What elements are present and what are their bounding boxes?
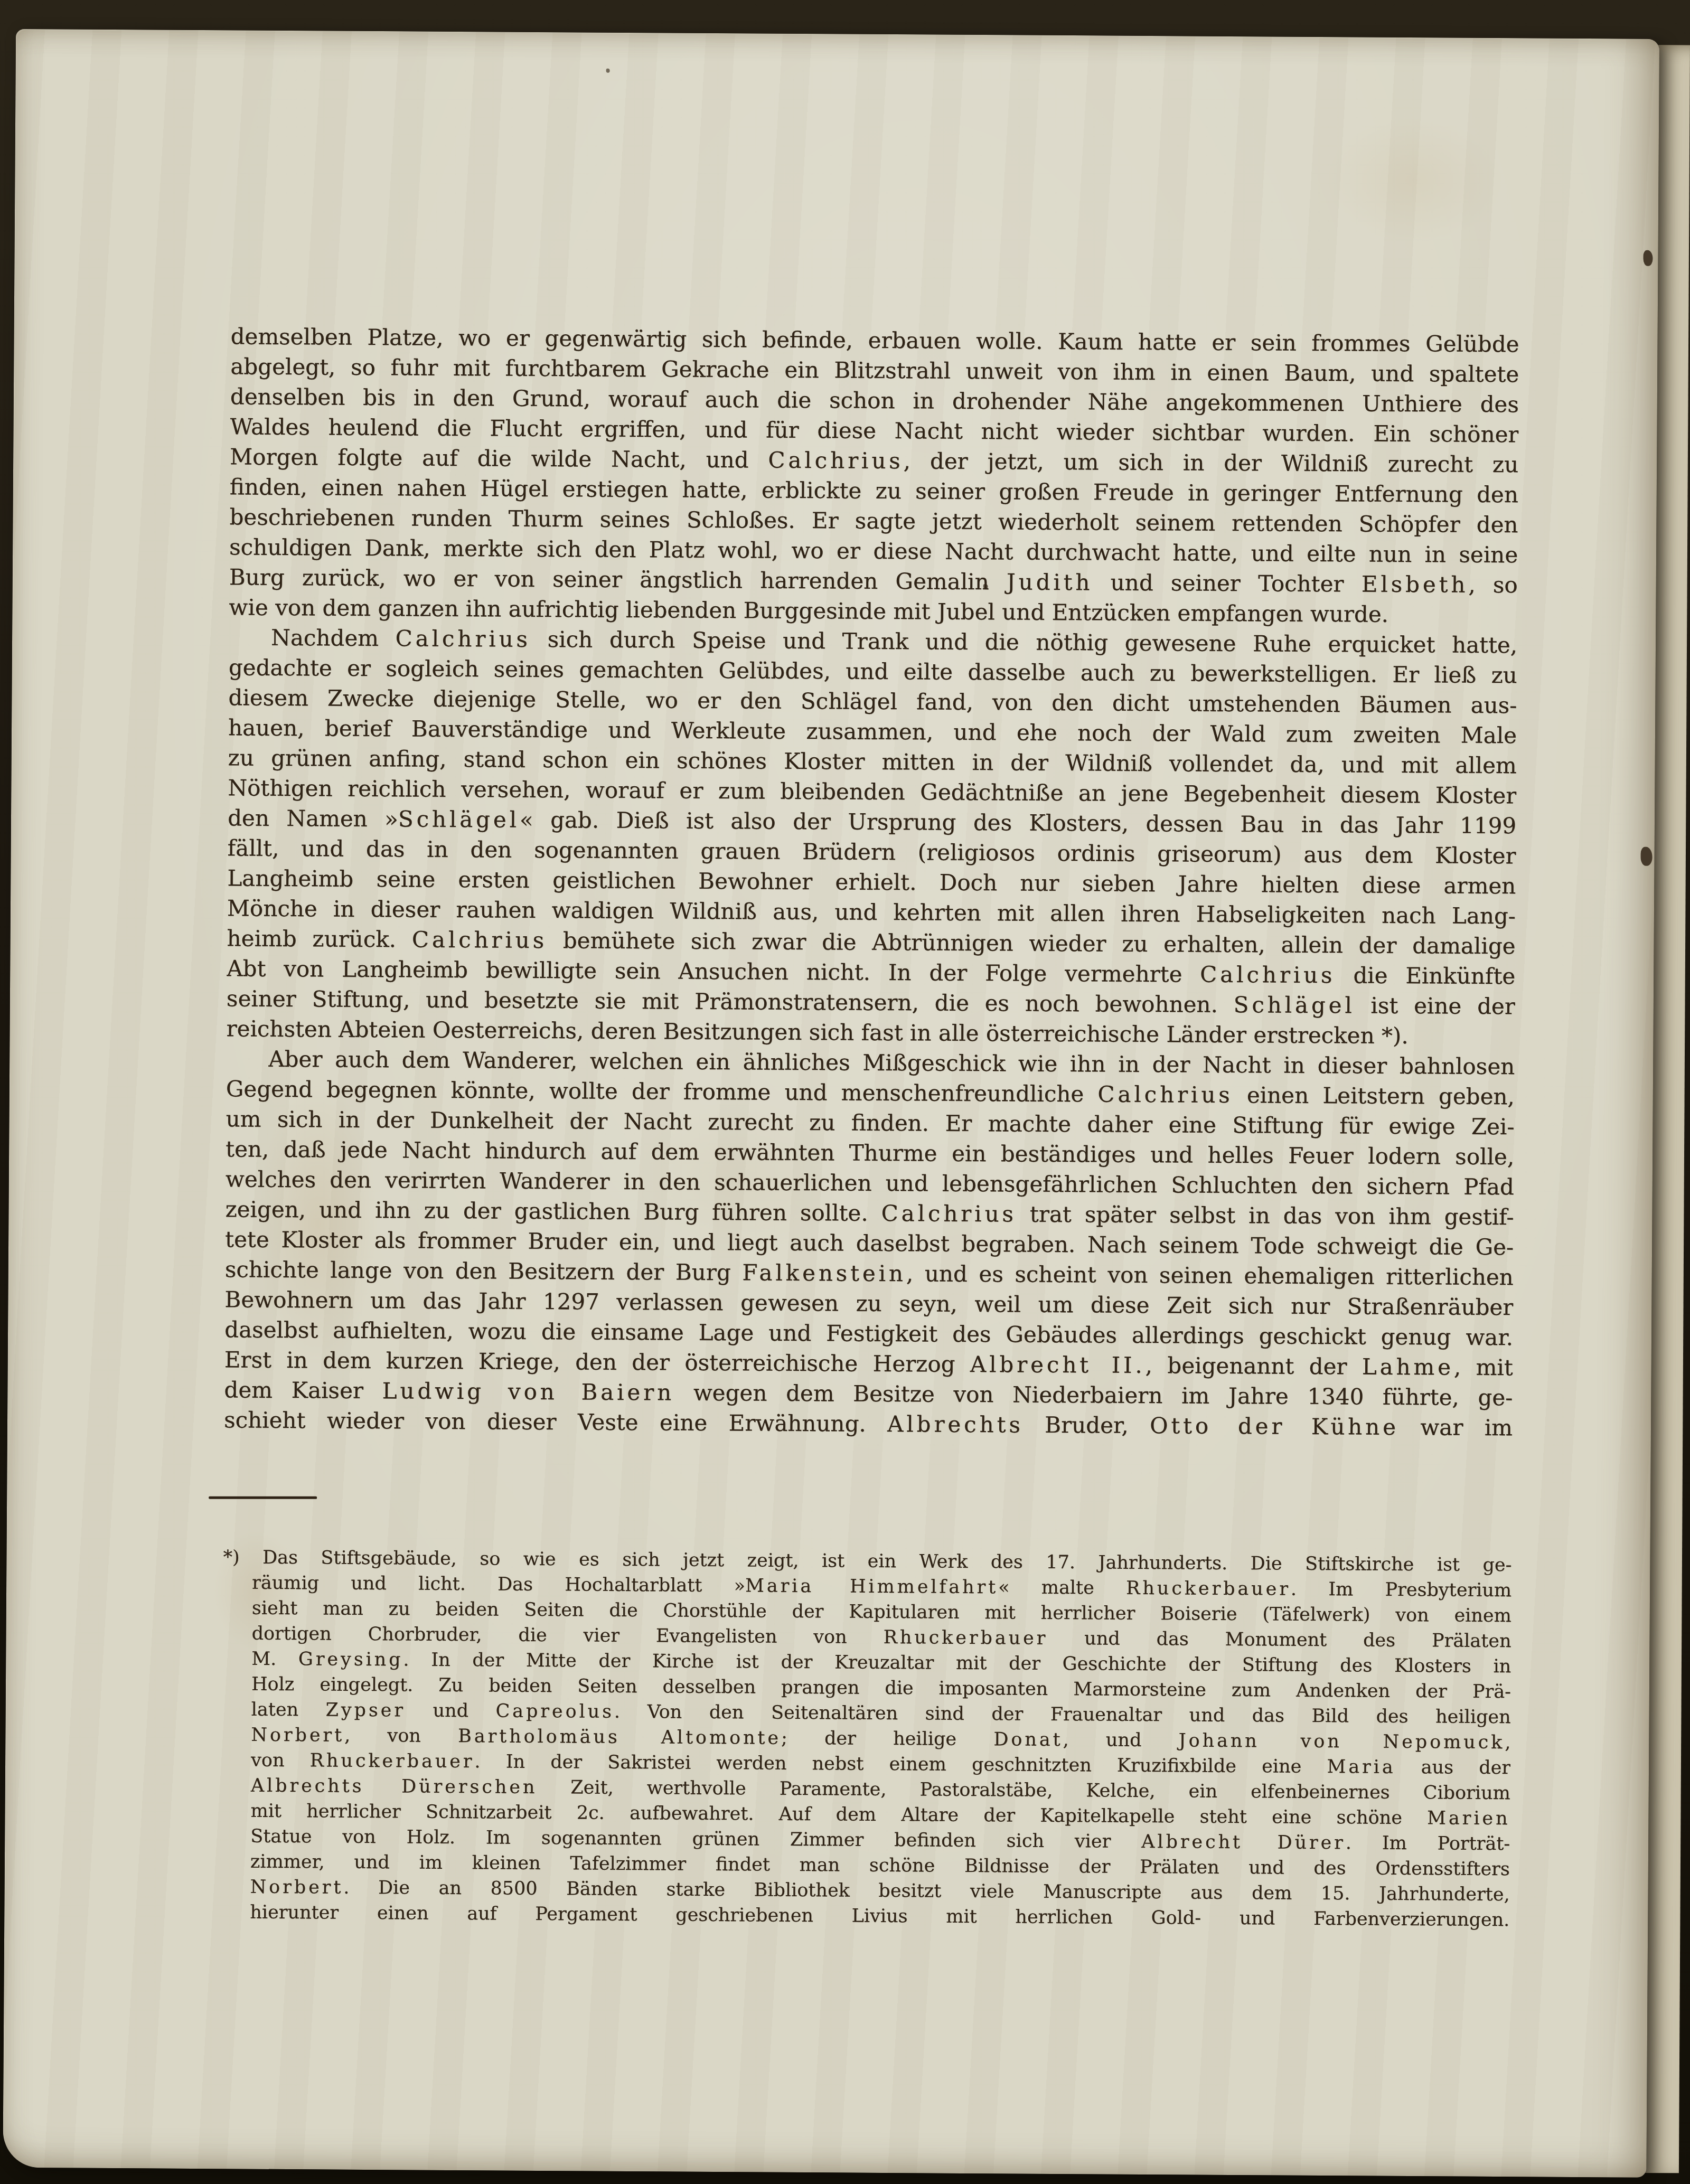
text-segment: , und es scheint von seinen ehemaligen r… [906, 1260, 1514, 1290]
paper-speck [1643, 250, 1653, 266]
text-segment: dortigen Chorbruder, die vier Evangelist… [251, 1623, 883, 1648]
text-segment: . Im Porträt- [1346, 1832, 1510, 1854]
text-segment: bemühete sich zwar die Abtrünnigen wiede… [547, 927, 1516, 959]
letterspaced-name: Ludwig von Baiern [382, 1378, 674, 1405]
text-segment: Zeit, werthvolle Paramente, Pastoralstäb… [537, 1777, 1510, 1804]
text-segment: . In der Sakristei werden nebst einem ge… [474, 1751, 1327, 1777]
text-segment: Nachdem [271, 625, 396, 651]
text-segment: Statue von Holz. Im sogenannten grünen Z… [250, 1826, 1141, 1852]
letterspaced-name: Maria [1327, 1756, 1395, 1778]
text-segment: , mit [1454, 1354, 1513, 1381]
text-segment: Aber auch dem Wanderer, welchen ein ähnl… [268, 1046, 1515, 1079]
text-segment: ist eine der [1355, 992, 1515, 1019]
text-segment: , von [344, 1725, 458, 1747]
letterspaced-name: Calchrius [1200, 962, 1336, 989]
text-segment: Gegend begegnen könnte, wollte der fromm… [226, 1076, 1098, 1107]
letterspaced-name: Albrechts Dürerschen [251, 1775, 538, 1798]
letterspaced-name: Calchrius [396, 625, 531, 652]
text-segment: M. [251, 1649, 298, 1670]
paper-stain [1325, 116, 1505, 244]
text-segment: Morgen folgte auf die wilde Nacht, und [230, 444, 768, 473]
text-segment: heimb zurück. [227, 925, 412, 952]
letterspaced-name: Rhuckerbauer [310, 1750, 475, 1772]
text-segment: zeigen, und ihn zu der gastlichen Burg f… [225, 1196, 881, 1226]
text-segment: den Namen » [228, 805, 398, 832]
text-segment: sich durch Speise und Trank und die nöth… [531, 626, 1517, 658]
text-segment: räumig und licht. Das Hochaltarblatt » [252, 1573, 745, 1597]
letterspaced-name: Zypser [326, 1700, 406, 1721]
text-segment: und seiner Tochter [1093, 569, 1362, 597]
letterspaced-name: Calchrius [412, 926, 548, 953]
letterspaced-name: Marien [1427, 1808, 1510, 1829]
letterspaced-name: Norbert [250, 1877, 344, 1898]
text-segment: laten [251, 1699, 326, 1721]
text-segment: . Im Presbyterium [1291, 1579, 1512, 1602]
letterspaced-name: Elsbeth [1362, 571, 1469, 597]
text-segment: seiner Stiftung, und besetzte sie mit Pr… [227, 985, 1234, 1018]
text-segment: , beigenannt der [1146, 1352, 1362, 1380]
text-segment: dem Kaiser [224, 1377, 382, 1404]
letterspaced-name: Albrecht II. [970, 1351, 1146, 1378]
text-segment: wegen dem Besitze von Niederbaiern im Ja… [674, 1380, 1513, 1411]
text-segment: . Von den Seitenaltären sind der Frauena… [614, 1701, 1511, 1728]
text-segment: schieht wieder von dieser Veste eine Erw… [224, 1407, 887, 1437]
letterspaced-name: Lahme [1362, 1353, 1454, 1380]
text-segment: « malte [998, 1577, 1126, 1598]
letterspaced-name: Judith [1007, 569, 1093, 595]
text-segment: , [1505, 1732, 1510, 1753]
text-segment: aus der [1395, 1757, 1510, 1778]
text-segment: schichte lange von den Besitzern der Bur… [225, 1256, 743, 1285]
text-segment: die Einkünfte [1335, 962, 1515, 989]
text-segment: . In der Mitte der Kirche ist der Kreuza… [403, 1649, 1511, 1677]
letterspaced-name: Calchrius [1097, 1081, 1233, 1108]
letterspaced-name: Maria Himmelfahrt [745, 1575, 998, 1598]
letterspaced-name: Albrecht Dürer [1141, 1831, 1346, 1853]
letterspaced-name: Bartholomäus Altomonte [458, 1726, 781, 1749]
text-segment: , der jetzt, um sich in der Wildniß zure… [903, 448, 1518, 477]
letterspaced-name: Rhuckerbauer [883, 1627, 1048, 1649]
book-page: demselben Platze, wo er gegenwärtig sich… [3, 29, 1659, 2178]
text-segment: und [406, 1700, 496, 1721]
main-text-block: demselben Platze, wo er gegenwärtig sich… [224, 321, 1519, 1443]
text-segment: , und [1063, 1729, 1178, 1751]
footnote-separator-rule [209, 1496, 317, 1499]
text-segment: Erst in dem kurzen Kriege, den der öster… [224, 1347, 970, 1377]
text-segment: war im [1399, 1414, 1513, 1441]
letterspaced-name: Albrechts [887, 1411, 1024, 1438]
text-segment: ; der heilige [781, 1728, 994, 1750]
text-segment: einen Leitstern geben, [1233, 1082, 1515, 1109]
text-segment: hierunter einen auf Pergament geschriebe… [250, 1902, 1509, 1931]
text-segment: trat später selbst in das von ihm gestif… [1017, 1201, 1514, 1230]
letterspaced-name: Capreolus [495, 1700, 614, 1722]
text-segment: und das Monument des Prälaten [1048, 1628, 1511, 1652]
letterspaced-name: Norbert [251, 1725, 344, 1746]
text-segment: « gab. Dieß ist also der Ursprung des Kl… [520, 807, 1516, 839]
scanner-backdrop: demselben Platze, wo er gegenwärtig sich… [0, 0, 1690, 2184]
letterspaced-name: Calchrius [881, 1200, 1017, 1227]
letterspaced-name: Calchrius [768, 447, 904, 474]
letterspaced-name: Donat [993, 1729, 1063, 1750]
text-segment: wie von dem ganzen ihn aufrichtig lieben… [229, 594, 1388, 627]
letterspaced-name: Otto der Kühne [1150, 1413, 1399, 1440]
paper-speck [606, 69, 610, 73]
text-segment: , so [1468, 572, 1518, 598]
paper-speck [1640, 847, 1652, 866]
letterspaced-name: Johann von Nepomuck [1179, 1730, 1505, 1753]
footnote-block: *) Das Stiftsgebäude, so wie es sich jet… [221, 1545, 1511, 1933]
letterspaced-name: Falkenstein [742, 1259, 906, 1286]
letterspaced-name: Greysing [298, 1649, 403, 1670]
letterspaced-name: Schlägel [1233, 992, 1355, 1018]
text-segment: reichsten Abteien Oesterreichs, deren Be… [226, 1015, 1408, 1049]
text-segment: Burg zurück, wo er von seiner ängstlich … [229, 564, 1007, 595]
text-segment: Abt von Langheimb bewilligte sein Ansuch… [227, 955, 1200, 987]
letterspaced-name: Rhuckerbauer [1126, 1578, 1291, 1600]
text-segment: Bruder, [1024, 1412, 1150, 1438]
text-segment: von [251, 1750, 310, 1772]
letterspaced-name: Schlägel [398, 806, 520, 832]
